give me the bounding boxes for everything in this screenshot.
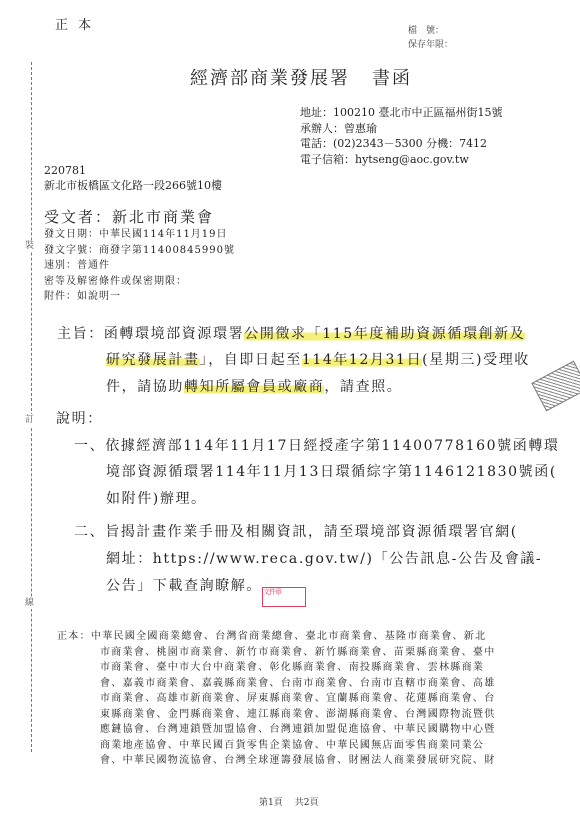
red-seal-stamp-icon: 文件章 <box>262 587 306 607</box>
subject-line-3: 件，請協助轉知所屬會員或廠商，請查照。 <box>106 377 402 397</box>
document-meta: 受文者：新北市商業會 發文日期：中華民國114年11月19日 發文字號：商發字第… <box>44 207 235 305</box>
explanation-label: 說明： <box>56 409 103 429</box>
agency-name: 經濟部商業發展署 <box>190 68 350 89</box>
sender-address: 地址：100210 臺北市中正區福州街15號 <box>300 105 502 121</box>
cc-label: 正本： <box>57 631 91 642</box>
explanation-item-1-line-2: 境部資源循環署114年11月13日環循綜字第1146121830號函( <box>106 462 557 482</box>
subject-highlight: 轉知所屬會員或廠商 <box>184 379 324 395</box>
page-title: 經濟部商業發展署書函 <box>190 64 412 90</box>
deadline-highlight: 114年12月31日 <box>302 352 422 368</box>
issue-date: 發文日期：中華民國114年11月19日 <box>44 227 235 243</box>
cc-line: 中華民國全國商業總會、台灣省商業總會、臺北市商業會、基隆市商業會、新北 <box>91 631 487 642</box>
seal-stamp-icon <box>531 361 580 412</box>
file-meta: 檔 號： 保存年限： <box>408 24 453 52</box>
explanation-item-1-line-3: 如附件)辦理。 <box>106 489 207 509</box>
file-number-label: 檔 號： <box>408 24 453 38</box>
street-address: 新北市板橋區文化路一段266號10樓 <box>44 178 222 193</box>
page-number: 第1頁共2頁 <box>259 795 318 808</box>
sender-contact: 承辦人：曾惠瑜 <box>300 121 502 137</box>
recipient-address: 220781 新北市板橋區文化路一段266號10樓 <box>44 163 222 193</box>
sender-phone: 電話：(02)2343－5300 分機：7412 <box>300 136 502 152</box>
attachment: 附件：如說明一 <box>44 289 235 305</box>
subject-text: 」，自即日起至 <box>200 352 302 368</box>
explanation-item-2-line-2: 網址：https://www.reca.gov.tw/)「公告訊息-公告及會議- <box>106 549 542 569</box>
copy-label: 正本 <box>55 14 101 33</box>
explanation-item-2-line-1: 二、旨揭計畫作業手冊及相關資訊，請至環境部資源循環署官網( <box>74 522 518 542</box>
cc-line: 市商業會、高雄市新商業會、屏東縣商業會、宜蘭縣商業會、花蓮縣商業會、台 <box>57 691 496 707</box>
subject-text: 件，請協助 <box>106 379 184 395</box>
subject-line-1: 主旨：函轉環境部資源環署公開徵求「115年度補助資源循環創新及 <box>57 324 525 344</box>
explanation-item-1-line-1: 一、依據經濟部114年11月17日經授產字第11400778160號函轉環 <box>74 436 560 456</box>
binding-mark-xian: 線 <box>25 597 34 609</box>
sender-email: 電子信箱：hytseng@aoc.gov.tw <box>300 152 502 168</box>
subject-highlight: 公開徵求「115年度補助資源循環創新及 <box>244 326 525 342</box>
page-current: 第1頁 <box>259 798 283 808</box>
cc-line: 市商業會、臺中市大台中商業會、彰化縣商業會、南投縣商業會、雲林縣商業 <box>57 660 496 676</box>
postal-code: 220781 <box>44 163 222 178</box>
retention-label: 保存年限： <box>408 38 453 52</box>
binding-line <box>31 62 32 752</box>
cc-line: 會、嘉義市商業會、嘉義縣商業會、台南市商業會、台南市直轄市商業會、高雄 <box>57 676 496 692</box>
subject-line-2: 研究發展計畫」，自即日起至114年12月31日(星期三)受理收 <box>106 350 530 370</box>
doc-number: 發文字號：商發字第11400845990號 <box>44 243 235 259</box>
recipient: 受文者：新北市商業會 <box>44 207 235 227</box>
cc-line: 東縣商業會、金門縣商業會、連江縣商業會、澎湖縣商業會、台灣國際物流暨供 <box>57 707 496 723</box>
subject-text: 函轉環境部資源環署 <box>104 326 244 342</box>
page-total: 共2頁 <box>295 798 319 808</box>
sender-info: 地址：100210 臺北市中正區福州街15號 承辦人：曾惠瑜 電話：(02)23… <box>300 105 502 167</box>
speed: 速別：普通件 <box>44 258 235 274</box>
doc-type: 書函 <box>372 68 412 89</box>
cc-line: 商業地產協會、中華民國百貨零售企業協會、中華民國無店面零售商業同業公 <box>57 738 496 754</box>
cc-line: 市商業會、桃園市商業會、新竹市商業會、新竹縣商業會、苗栗縣商業會、臺中 <box>57 645 496 661</box>
binding-mark-ding: 訂 <box>25 414 34 426</box>
subject-text: (星期三)受理收 <box>422 352 530 368</box>
explanation-item-2-line-3: 公告」下載查詢瞭解。 <box>106 576 262 596</box>
cc-line: 會、中華民國物流協會、台灣全球運籌發展協會、財團法人商業發展研究院、財 <box>57 753 496 769</box>
subject-highlight: 研究發展計畫 <box>106 352 200 368</box>
confidentiality: 密等及解密條件或保密期限： <box>44 274 235 290</box>
subject-text: ，請查照。 <box>324 379 402 395</box>
cc-line: 應鏈協會、台灣連鎖暨加盟協會、台灣連鎖加盟促進協會、中華民國購物中心暨 <box>57 722 496 738</box>
subject-label: 主旨： <box>57 326 104 342</box>
cc-list: 正本：中華民國全國商業總會、台灣省商業總會、臺北市商業會、基隆市商業會、新北 市… <box>57 629 496 769</box>
binding-mark-zhuang: 裝 <box>25 240 34 252</box>
stamp-text: 文件章 <box>263 588 281 596</box>
